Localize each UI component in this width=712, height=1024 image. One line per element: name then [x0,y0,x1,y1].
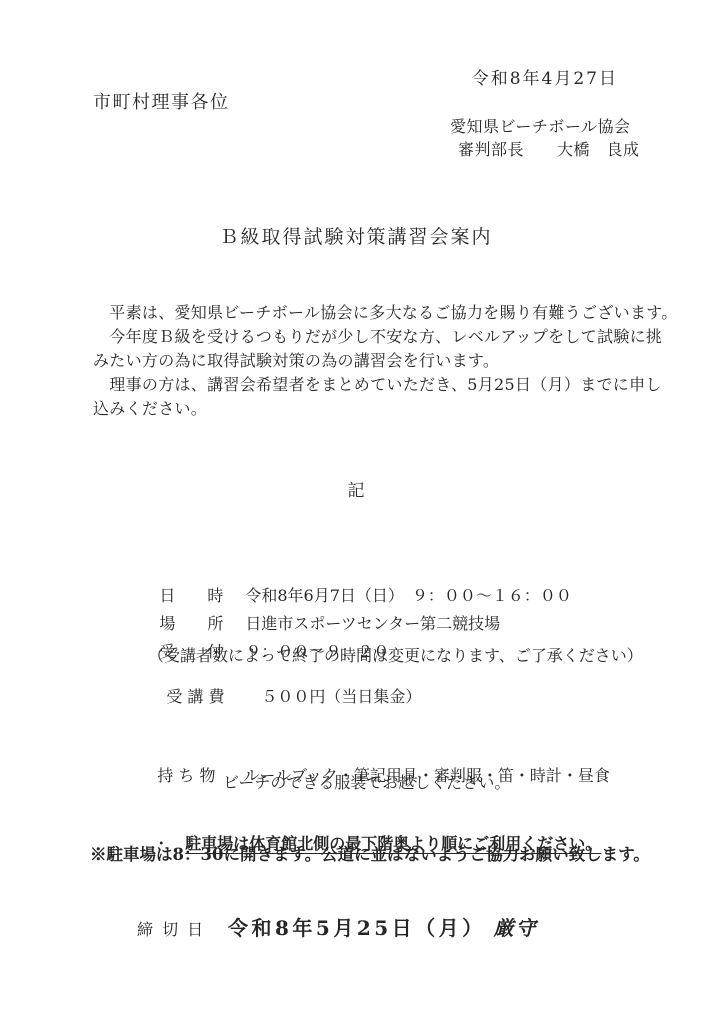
issue-date: 令和8年4月27日 [472,64,618,89]
detail-row-fee: 受 講 費５００円（当日集金） [146,665,421,726]
document-title: Ｂ級取得試験対策講習会案内 [0,222,712,249]
deadline-row: 締 切 日令和8年5月25日（月）厳守 [137,912,538,941]
body-line: 平素は、愛知県ビーチボール協会に多大なるご協力を賜り有難うございます。 [93,301,671,325]
parking-note: ※駐車場は8：30に開きます。公道に並ばないようご協力お願い致します。 [90,841,650,865]
body-line: 込みください。 [93,397,671,421]
dress-note: ビーチのできる服装でお越しください。 [223,770,510,793]
deadline-label: 締 切 日 [137,917,228,940]
body-paragraphs: 平素は、愛知県ビーチボール協会に多大なるご協力を賜り有難うございます。 今年度Ｂ… [93,301,671,421]
addressee: 市町村理事各位 [93,88,230,114]
fee-value: ５００円（当日集金） [261,687,421,706]
sender-person: 審判部長 大橋 良成 [458,137,640,160]
body-line: 今年度Ｂ級を受けるつもりだが少し不安な方、レベルアップをして試験に挑 [93,325,671,349]
record-marker: 記 [0,476,712,501]
reception-note: （受講者数によって終了の時間は変更になります、ご了承ください） [148,643,643,666]
sender-organization: 愛知県ビーチボール協会 [450,114,631,137]
deadline-emphasis: 厳守 [494,912,538,941]
document-page: 令和8年4月27日 市町村理事各位 愛知県ビーチボール協会 審判部長 大橋 良成… [0,0,712,1024]
body-line: みたい方の為に取得試験対策の為の講習会を行います。 [93,349,671,373]
body-line: 理事の方は、講習会希望者をまとめていただき、5月25日（月）までに申し [93,373,671,397]
deadline-date: 令和8年5月25日（月） [228,912,486,941]
fee-label: 受 講 費 [166,684,261,707]
